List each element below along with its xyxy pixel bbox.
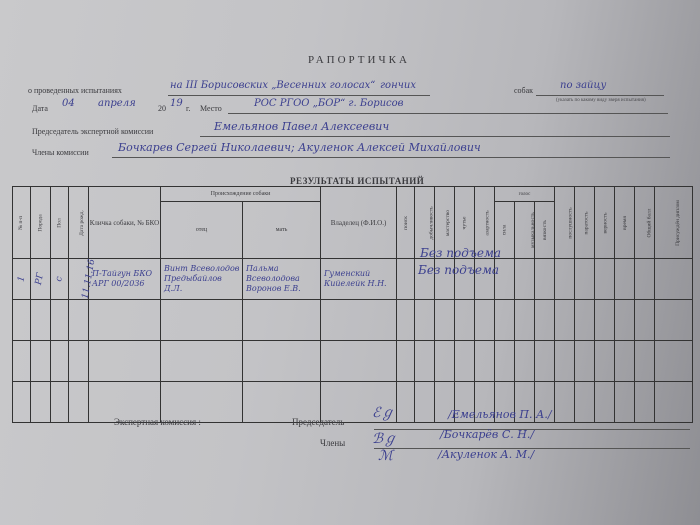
cell-score	[615, 300, 635, 341]
cell-score	[615, 382, 635, 423]
cell-score	[515, 341, 535, 382]
cell-score	[397, 300, 415, 341]
cell-score	[615, 259, 635, 300]
cell-name	[89, 300, 161, 341]
cell-score	[595, 259, 615, 300]
date-year-suffix: 19	[170, 98, 183, 109]
place-underline	[228, 113, 668, 114]
col-search: поиск	[397, 187, 415, 259]
cell-score	[655, 382, 693, 423]
date-label: Дата	[32, 104, 48, 113]
cell-breed	[31, 300, 51, 341]
cell-mother: Пальма Всеволодова Воронов Е.В.	[243, 259, 321, 300]
cell-score	[595, 341, 615, 382]
report-sheet: РАПОРТИЧКА о проведенных испытаниях на I…	[0, 0, 700, 525]
cell-sex: с	[51, 259, 69, 300]
chairman-value: Емельянов Павел Алексеевич	[214, 120, 389, 133]
col-diploma: Присуждён диплом	[655, 187, 693, 259]
cell-birth: 11.11.16	[69, 259, 89, 300]
col-speed: верность	[595, 187, 615, 259]
cell-score	[415, 341, 435, 382]
sig-member1-name: /Бочкарёв С. Н./	[440, 428, 534, 441]
results-title: РЕЗУЛЬТАТЫ ИСПЫТАНИЙ	[290, 176, 424, 186]
cell-score	[435, 341, 455, 382]
cell-score	[575, 382, 595, 423]
cell-owner	[321, 300, 397, 341]
cell-score	[535, 341, 555, 382]
date-day: 04	[62, 98, 75, 109]
cell-owner	[321, 341, 397, 382]
dogs-label: собак	[514, 86, 533, 95]
cell-score	[455, 300, 475, 341]
chairman-signature: ℰℊ	[372, 402, 394, 422]
cell-score	[415, 300, 435, 341]
col-owner: Владелец (Ф.И.О.)	[321, 187, 397, 259]
cell-birth	[69, 382, 89, 423]
cell-score	[595, 300, 615, 341]
col-time: время	[615, 187, 635, 259]
cell-sex	[51, 382, 69, 423]
dogs-underline	[536, 95, 664, 96]
col-father: отец	[161, 202, 243, 259]
table-row	[13, 341, 693, 382]
cell-mother	[243, 341, 321, 382]
col-origin: Происхождение собаки	[161, 187, 321, 202]
tests-value: на III Борисовских „Весенних голосах“	[170, 80, 375, 91]
cell-name: П-Тайгун БКО АРГ 00/2036	[89, 259, 161, 300]
sig-chairman-name: /Емельянов П. А./	[448, 408, 552, 421]
row-1-result-line-1: Без подъема	[420, 246, 501, 260]
cell-owner: Гуменский Кийелейк Н.Н.	[321, 259, 397, 300]
cell-score	[555, 259, 575, 300]
col-birth: Дата рожд.	[69, 187, 89, 259]
col-accuracy: вязкость	[535, 202, 555, 259]
commission-label: Экспертная комиссия :	[114, 417, 201, 427]
cell-sex	[51, 300, 69, 341]
cell-score	[495, 341, 515, 382]
cell-num: 1	[13, 259, 31, 300]
cell-birth	[69, 300, 89, 341]
cell-score	[575, 259, 595, 300]
cell-num	[13, 341, 31, 382]
cell-score	[515, 300, 535, 341]
members-label: Члены комиссии	[32, 148, 89, 157]
breed-value: гончих	[380, 80, 416, 91]
table-row	[13, 300, 693, 341]
col-pitch: музыкальность	[515, 202, 535, 259]
cell-score	[655, 259, 693, 300]
member2-signature: ℳ	[378, 448, 393, 464]
col-breed: Порода	[31, 187, 51, 259]
cell-score	[515, 259, 535, 300]
chairman-label: Председатель экспертной комиссии	[32, 127, 153, 136]
cell-score	[475, 300, 495, 341]
cell-score	[555, 382, 575, 423]
members-value: Бочкарев Сергей Николаевич; Акуленок Але…	[118, 141, 481, 154]
cell-score	[397, 382, 415, 423]
date-month: апреля	[98, 98, 136, 109]
cell-num	[13, 300, 31, 341]
cell-score	[635, 259, 655, 300]
cell-score	[415, 382, 435, 423]
sig-chairman-label: Председатель	[292, 417, 344, 427]
cell-score	[555, 300, 575, 341]
cell-name	[89, 341, 161, 382]
cell-mother	[243, 300, 321, 341]
place-label: Место	[200, 104, 222, 113]
sig-member2-name: /Акуленок А. М./	[438, 448, 534, 461]
place-value: РОС РГОО „БОР“ г. Борисов	[254, 98, 404, 109]
col-mother: мать	[243, 202, 321, 259]
tests-underline	[168, 95, 430, 96]
cell-score	[535, 300, 555, 341]
cell-score	[575, 300, 595, 341]
cell-sex	[51, 341, 69, 382]
dogs-note: (указать по какому виду зверя испытания)	[556, 98, 646, 103]
cell-score	[635, 341, 655, 382]
cell-breed: РГ	[31, 259, 51, 300]
col-total: Общий балл	[635, 187, 655, 259]
sig-members-label: Члены	[320, 438, 345, 448]
tests-label: о проведенных испытаниях	[28, 86, 122, 95]
cell-score	[615, 341, 635, 382]
date-year-unit: г.	[186, 104, 190, 113]
cell-score	[397, 259, 415, 300]
cell-father: Винт Всеволодов Предыбайлов Д.Л.	[161, 259, 243, 300]
cell-score	[495, 300, 515, 341]
cell-score	[435, 300, 455, 341]
col-name: Кличка собаки, № БКО	[89, 187, 161, 259]
col-obedience: послушность	[555, 187, 575, 259]
cell-score	[655, 341, 693, 382]
cell-breed	[31, 382, 51, 423]
document-title: РАПОРТИЧКА	[308, 54, 410, 66]
cell-father	[161, 300, 243, 341]
cell-score	[535, 259, 555, 300]
cell-num	[13, 382, 31, 423]
results-table: № п-п Порода Пол Дата рожд. Кличка собак…	[12, 186, 693, 423]
chairman-underline	[200, 136, 670, 137]
date-year-prefix: 20	[158, 104, 166, 113]
cell-score	[655, 300, 693, 341]
table-row: 1РГс11.11.16П-Тайгун БКО АРГ 00/2036Винт…	[13, 259, 693, 300]
cell-birth	[69, 341, 89, 382]
cell-score	[635, 382, 655, 423]
col-working-gait: паратость	[575, 187, 595, 259]
cell-score	[575, 341, 595, 382]
cell-score	[555, 341, 575, 382]
cell-score	[475, 341, 495, 382]
col-sex: Пол	[51, 187, 69, 259]
col-voice: голос	[495, 187, 555, 202]
cell-score	[635, 300, 655, 341]
cell-breed	[31, 341, 51, 382]
cell-father	[161, 341, 243, 382]
cell-score	[397, 341, 415, 382]
cell-score	[455, 341, 475, 382]
dogs-value: по зайцу	[560, 80, 606, 91]
member1-signature: ℬℊ	[372, 428, 397, 448]
members-underline	[112, 157, 670, 158]
row-1-result-line-2: Без подъема	[418, 263, 499, 277]
cell-score	[595, 382, 615, 423]
col-num: № п-п	[13, 187, 31, 259]
